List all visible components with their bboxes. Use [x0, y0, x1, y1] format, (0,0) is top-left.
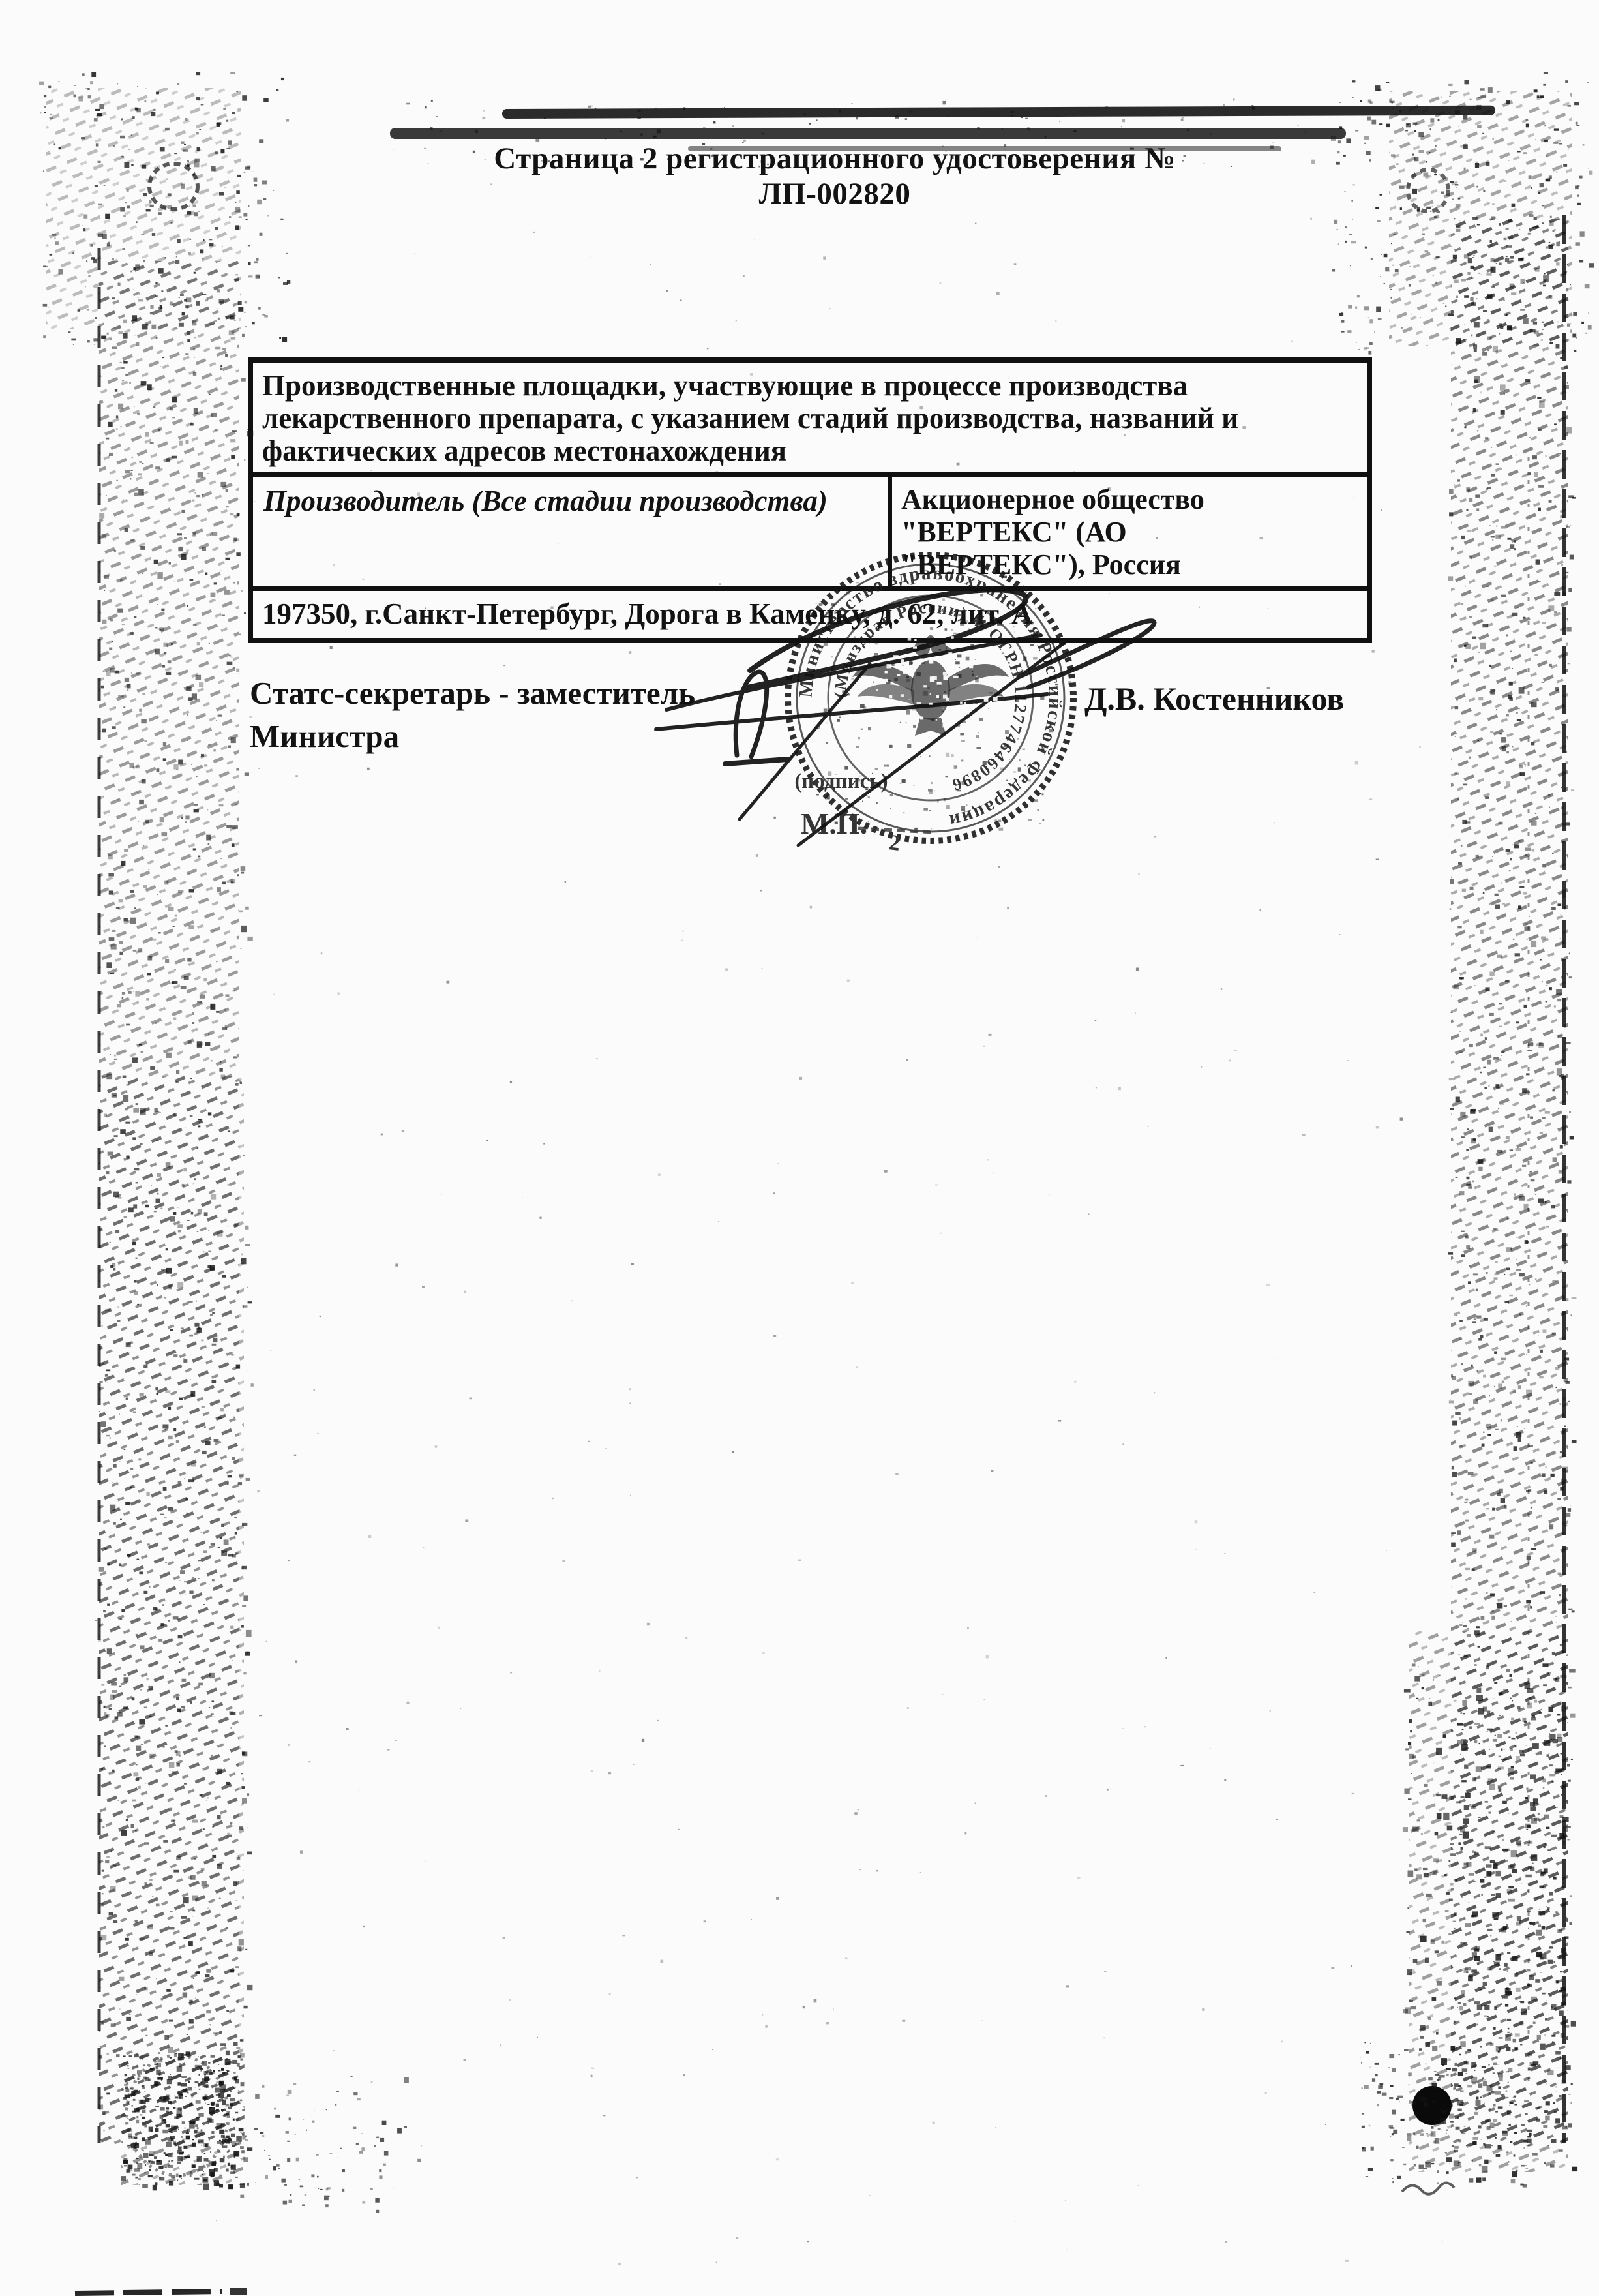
pen-signature	[656, 590, 1154, 845]
scanned-certificate-page: Страница 2 регистрационного удостоверени…	[0, 0, 1599, 2296]
eagle-emblem	[852, 635, 1009, 736]
scan-artifacts	[0, 0, 1599, 2296]
table-title-cell: Производственные площадки, участвующие в…	[253, 363, 1367, 477]
punch-hole-dot	[1412, 2086, 1452, 2125]
corner-ring-artifact	[149, 164, 198, 209]
stamp-extra-mark: 2	[888, 830, 901, 856]
page-title: Страница 2 регистрационного удостоверени…	[417, 141, 1252, 211]
official-stamp: Министерство здравоохранения Российской …	[626, 537, 1200, 890]
